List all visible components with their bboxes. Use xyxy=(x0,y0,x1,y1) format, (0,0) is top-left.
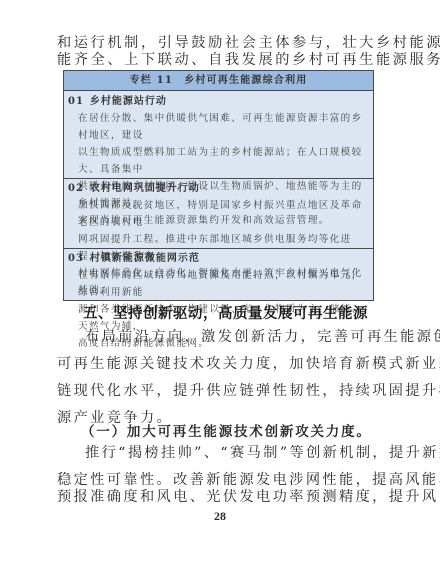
section-line: 在居住分散、集中供暖供气困难、可再生能源资源丰富的乡村地区，建设 xyxy=(78,110,369,144)
feature-box: 专栏 11 乡村可再生能源综合利用 01乡村能源站行动 在居住分散、集中供暖供气… xyxy=(63,70,374,301)
section-number: 01 xyxy=(68,93,84,110)
section-line: 以生物质成型燃料加工站为主的乡村能源站；在人口规模较大、具备集中 xyxy=(78,144,369,178)
section-title: 03村镇新能源微能网示范 xyxy=(68,249,369,267)
box-section-01: 01乡村能源站行动 在居住分散、集中供暖供气困难、可再生能源资源丰富的乡村地区，… xyxy=(64,91,373,179)
sub-heading: （一）加大可再生能源技术创新攻关力度。 xyxy=(81,420,372,440)
paragraph-line: 可再生能源关键技术攻关力度，加快培育新模式新业态，提高产业 xyxy=(57,355,387,373)
intro-line-1: 和运行机制，引导鼓励社会主体参与，壮大乡村能源队伍，构建功 xyxy=(57,34,387,52)
section-line: 在有条件的区域结合当地资源及用能特点，以村镇为单元，综合利用新能 xyxy=(78,267,369,301)
document-page: 和运行机制，引导鼓励社会主体参与，壮大乡村能源队伍，构建功 能齐全、上下联动、自… xyxy=(0,0,440,570)
section-number: 02 xyxy=(68,180,84,197)
section-title-text: 村镇新能源微能网示范 xyxy=(90,253,200,264)
section-title: 02农村电网巩固提升行动 xyxy=(68,179,369,197)
section-number: 03 xyxy=(68,250,84,267)
section-title: 01乡村能源站行动 xyxy=(68,91,369,110)
paragraph-line: 布局前沿方向，激发创新活力，完善可再生能源创新链，加大 xyxy=(57,328,387,346)
paragraph-line: 预报准确度和风电、光伏发电功率预测精度，提升风电、光伏发电 xyxy=(57,488,387,506)
paragraph-line: 推行“揭榜挂帅”、“赛马制”等创新机制，提升新型电力系统 xyxy=(57,444,387,462)
section-title-text: 乡村能源站行动 xyxy=(90,96,167,107)
intro-line-2: 能齐全、上下联动、自我发展的乡村可再生能源服务体系。 xyxy=(57,51,387,69)
box-section-02: 02农村电网巩固提升行动 加快西部及脱贫地区，特别是国家乡村振兴重点地区及革命老… xyxy=(64,179,373,249)
paragraph-line: 稳定性可靠性。改善新能源发电涉网性能，提高风能、太阳能资源 xyxy=(57,471,387,489)
page-number: 28 xyxy=(0,509,440,524)
section-heading: 五、坚持创新驱动，高质量发展可再生能源 xyxy=(83,302,368,323)
section-title-text: 农村电网巩固提升行动 xyxy=(90,183,200,194)
section-line: 加快西部及脱贫地区，特别是国家乡村振兴重点地区及革命老区的农村电 xyxy=(78,197,369,231)
feature-box-title: 专栏 11 乡村可再生能源综合利用 xyxy=(64,71,373,91)
paragraph-line: 链现代化水平，提升供应链弹性韧性，持续巩固提升我国可再生能 xyxy=(57,382,387,400)
